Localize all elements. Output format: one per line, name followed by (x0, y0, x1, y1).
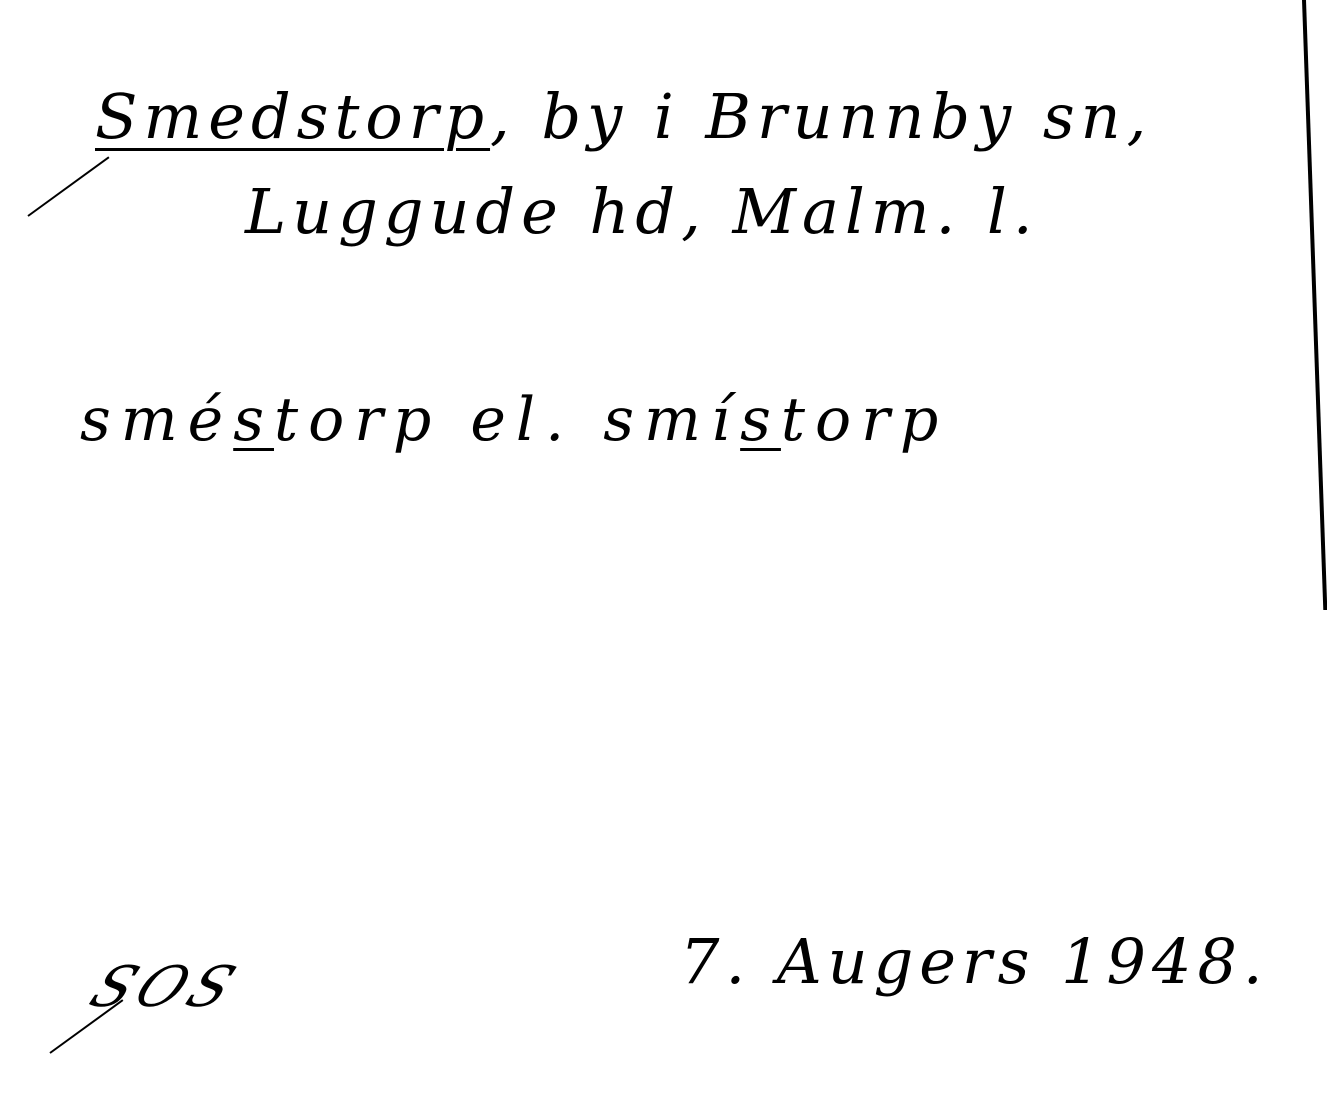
pron-variant2-s: s (740, 385, 781, 455)
heading-line: Smedstorp, by i Brunnby sn, (95, 80, 1152, 153)
place-location: , by i Brunnby sn, (490, 80, 1152, 153)
pron-variant1-post: torp (274, 385, 441, 455)
archive-card: Smedstorp, by i Brunnby sn, Luggude hd, … (0, 0, 1327, 1098)
pron-variant2-post: torp (781, 385, 948, 455)
pron-variant2-pre: smí (603, 385, 740, 455)
pron-variant1-s: s (233, 385, 274, 455)
card-edge-line (1302, 0, 1327, 610)
place-name: Smedstorp (95, 80, 490, 153)
pronunciation-line: sméstorp el. smístorp (80, 385, 948, 455)
heading-flourish (27, 156, 109, 216)
pron-variant1-pre: smé (80, 385, 233, 455)
pron-separator: el. (441, 385, 603, 455)
date-line: 7. Augers 1948. (680, 925, 1269, 998)
district-line: Luggude hd, Malm. l. (245, 175, 1039, 248)
